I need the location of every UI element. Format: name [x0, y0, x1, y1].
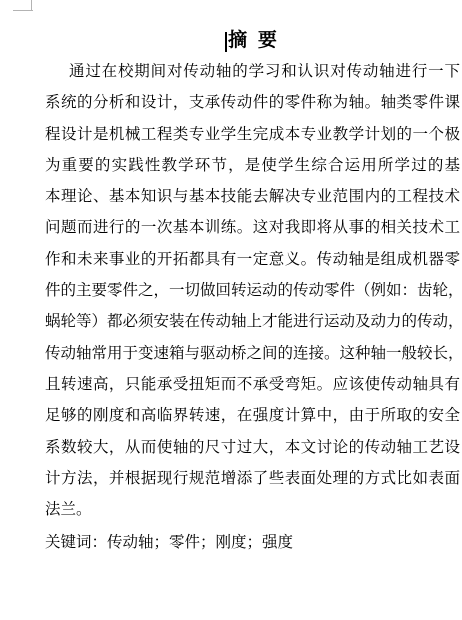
abstract-body[interactable]: 通过在校期间对传动轴的学习和认识对传动轴进行一下 系统的分析和设计，支承传动件的… — [45, 56, 460, 559]
abstract-line[interactable]: 计方法，并根据现行规范增添了些表面处理的方式比如表面 — [45, 463, 460, 494]
page-corner-crop-mark-vertical — [31, 0, 32, 11]
abstract-title-text: 摘 要 — [228, 30, 277, 51]
abstract-line[interactable]: 系统的分析和设计，支承传动件的零件称为轴。轴类零件课 — [45, 87, 460, 118]
page-corner-crop-mark-horizontal — [13, 10, 33, 11]
abstract-line[interactable]: 为重要的实践性教学环节，是使学生综合运用所学过的基 — [45, 150, 460, 181]
abstract-line[interactable]: 法兰。 — [45, 494, 460, 525]
document-page[interactable]: 摘 要 通过在校期间对传动轴的学习和认识对传动轴进行一下 系统的分析和设计，支承… — [0, 0, 462, 620]
keywords-line[interactable]: 关键词：传动轴；零件；刚度；强度 — [45, 527, 460, 558]
abstract-line[interactable]: 通过在校期间对传动轴的学习和认识对传动轴进行一下 — [45, 56, 460, 87]
abstract-line[interactable]: 且转速高，只能承受扭矩而不承受弯矩。应该使传动轴具有 — [45, 369, 460, 400]
abstract-line[interactable]: 足够的刚度和高临界转速，在强度计算中，由于所取的安全 — [45, 400, 460, 431]
abstract-title[interactable]: 摘 要 — [45, 30, 460, 52]
abstract-line[interactable]: 传动轴常用于变速箱与驱动桥之间的连接。这种轴一般较长， — [45, 338, 460, 369]
abstract-line[interactable]: 蜗轮等）都必须安装在传动轴上才能进行运动及动力的传动， — [45, 306, 460, 337]
keywords-value: 传动轴；零件；刚度；强度 — [107, 534, 293, 551]
abstract-line[interactable]: 本理论、基本知识与基本技能去解决专业范围内的工程技术 — [45, 181, 460, 212]
abstract-line[interactable]: 问题而进行的一次基本训练。这对我即将从事的相关技术工 — [45, 212, 460, 243]
abstract-line[interactable]: 程设计是机械工程类专业学生完成本专业教学计划的一个极 — [45, 119, 460, 150]
keywords-label: 关键词： — [45, 534, 107, 551]
abstract-line[interactable]: 件的主要零件之，一切做回转运动的传动零件（例如：齿轮， — [45, 275, 460, 306]
abstract-line[interactable]: 作和未来事业的开拓都具有一定意义。传动轴是组成机器零 — [45, 244, 460, 275]
abstract-line[interactable]: 系数较大，从而使轴的尺寸过大，本文讨论的传动轴工艺设 — [45, 432, 460, 463]
